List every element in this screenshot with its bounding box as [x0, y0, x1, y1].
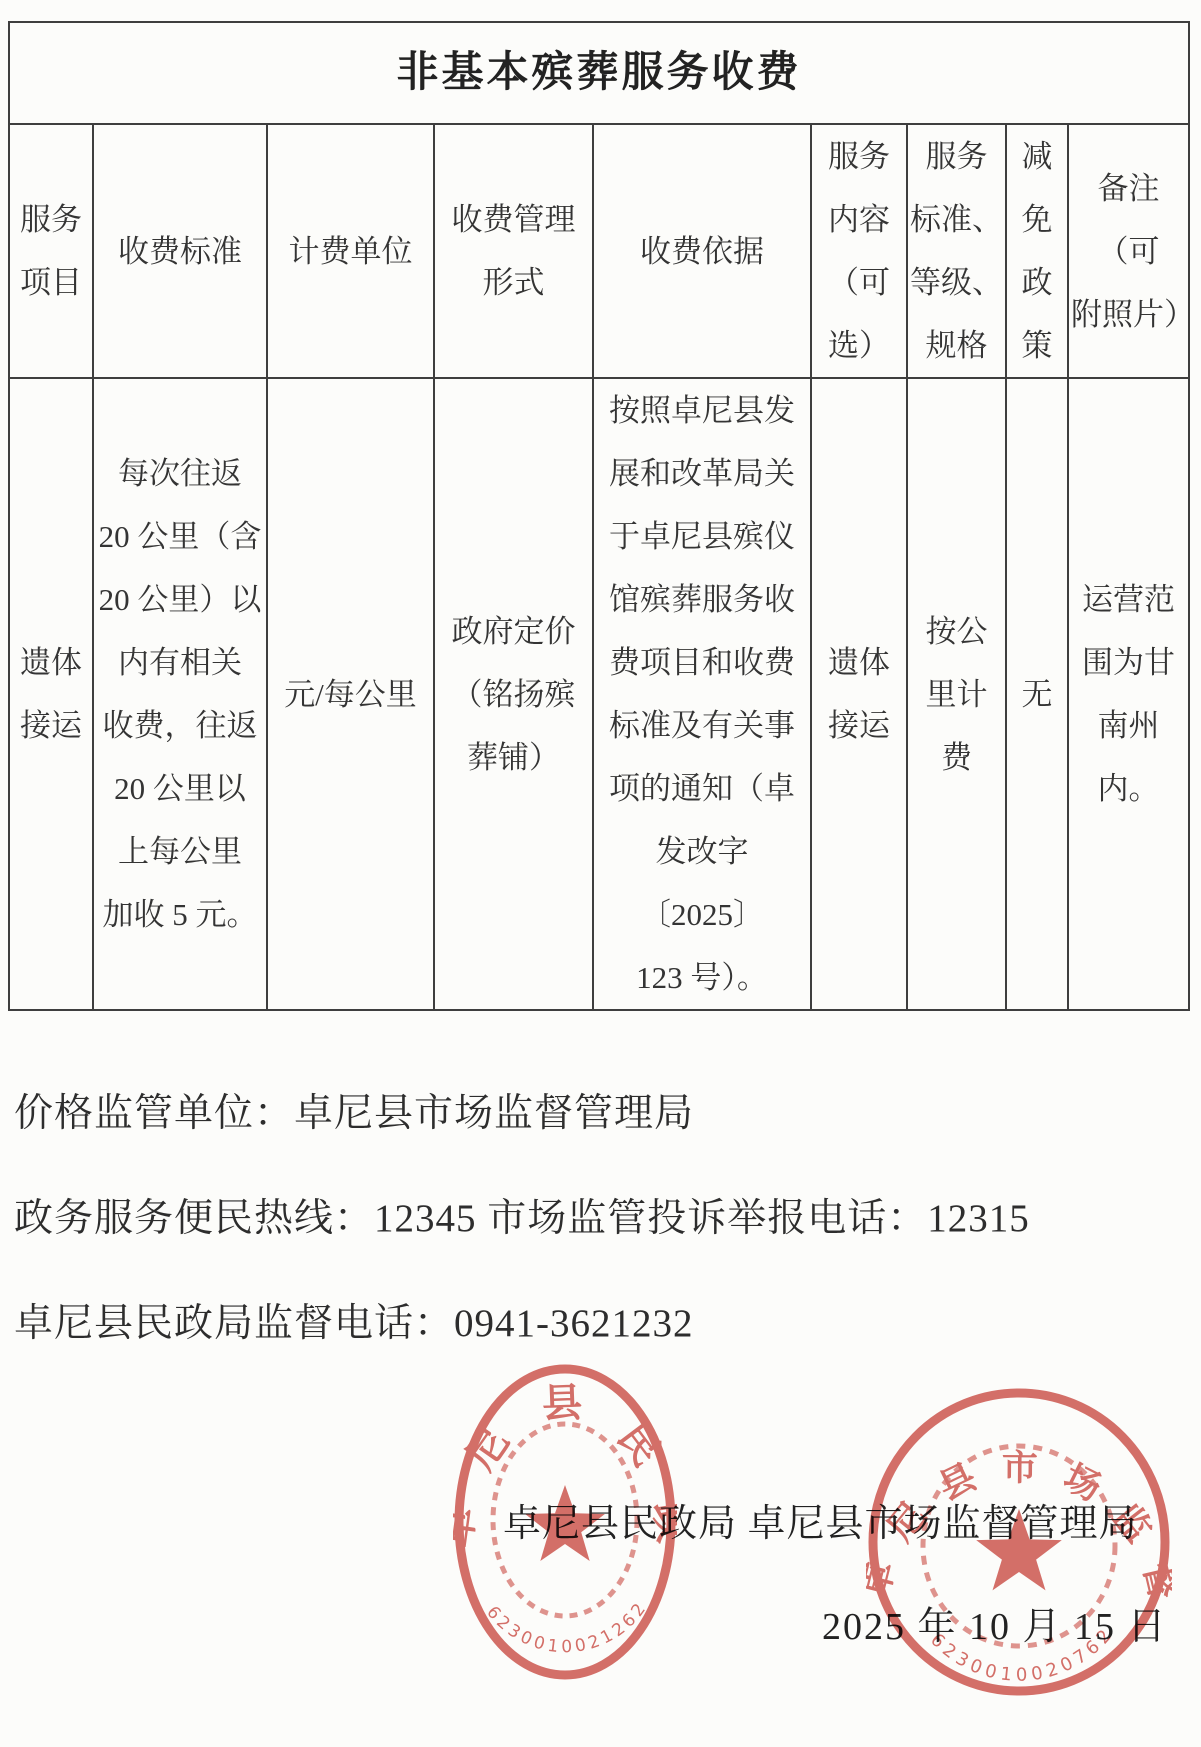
- cell-exemption: 无: [1006, 378, 1068, 1010]
- cell-fee-standard: 每次往返 20 公里（含 20 公里）以 内有相关 收费，往返 20 公里以 上…: [93, 378, 267, 1010]
- cell-service-spec: 按公 里计 费: [907, 378, 1006, 1010]
- cell-fee-basis: 按照卓尼县发 展和改革局关 于卓尼县殡仪 馆殡葬服务收 费项目和收费 标准及有关…: [593, 378, 811, 1010]
- cell-service-content: 遗体 接运: [811, 378, 907, 1010]
- cell-service-item: 遗体 接运: [9, 378, 93, 1010]
- header-fee-basis: 收费依据: [593, 124, 811, 378]
- table-row: 遗体 接运 每次往返 20 公里（含 20 公里）以 内有相关 收费，往返 20…: [9, 378, 1189, 1010]
- table-title: 非基本殡葬服务收费: [9, 22, 1189, 124]
- header-billing-unit: 计费单位: [267, 124, 434, 378]
- cell-remarks: 运营范 围为甘 南州内。: [1068, 378, 1189, 1010]
- header-fee-standard: 收费标准: [93, 124, 267, 378]
- price-supervision-line: 价格监管单位：卓尼县市场监督管理局: [14, 1082, 694, 1138]
- hotline-line: 政务服务便民热线：12345 市场监管投诉举报电话：12315: [14, 1187, 1030, 1243]
- scanned-document-page: 非基本殡葬服务收费 服务 项目 收费标准 计费单位 收费管理 形式 收费依据 服…: [0, 0, 1201, 1747]
- civil-affairs-seal: 卓尼县民政局 6230010021262: [453, 1362, 677, 1682]
- table-header-row: 服务 项目 收费标准 计费单位 收费管理 形式 收费依据 服务 内容 （可 选）…: [9, 124, 1189, 378]
- civil-affairs-phone-line: 卓尼县民政局监督电话：0941-3621232: [14, 1292, 694, 1348]
- header-exemption: 减 免 政 策: [1006, 124, 1068, 378]
- market-supervision-seal: 卓尼县市场监督管理局 6230010020762: [866, 1386, 1172, 1698]
- cell-billing-unit: 元/每公里: [267, 378, 434, 1010]
- table-title-row: 非基本殡葬服务收费: [9, 22, 1189, 124]
- cell-fee-management: 政府定价 （铭扬殡 葬铺）: [434, 378, 593, 1010]
- header-service-spec: 服务 标准、 等级、 规格: [907, 124, 1006, 378]
- seal-star: [525, 1485, 605, 1561]
- header-remarks: 备注（可 附照片）: [1068, 124, 1189, 378]
- fee-table: 非基本殡葬服务收费 服务 项目 收费标准 计费单位 收费管理 形式 收费依据 服…: [8, 21, 1190, 1011]
- header-service-content: 服务 内容 （可 选）: [811, 124, 907, 378]
- seal-star: [976, 1509, 1062, 1590]
- header-service-item: 服务 项目: [9, 124, 93, 378]
- header-fee-management: 收费管理 形式: [434, 124, 593, 378]
